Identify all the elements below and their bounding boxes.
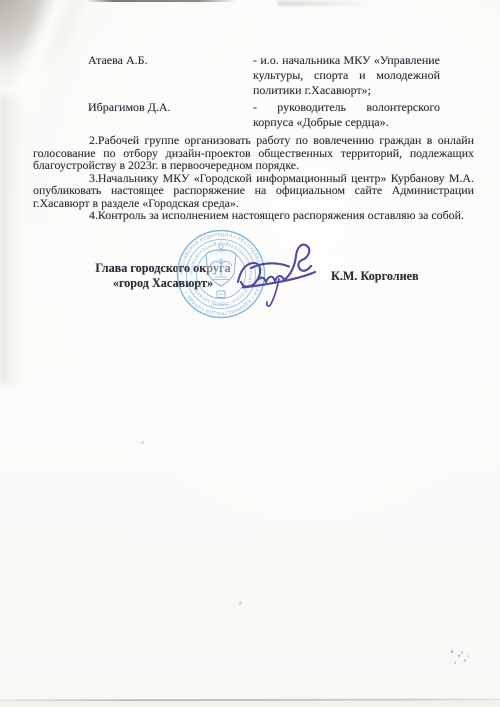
scan-dot-faint [141,441,144,444]
scan-top-smudge [278,1,373,6]
stamp-center-label: «ХАСАВЮРТ» [211,303,232,307]
paragraph-2: 2.Рабочей группе организовать работу по … [33,134,474,172]
working-group-members-list: Атаева А.Б. - и.о. начальника МКУ «Управ… [88,53,440,130]
signer-name: К.М. Корголиев [331,269,419,284]
scan-dot-smudge [238,600,243,606]
member-role: - и.о. начальника МКУ «Управление культу… [253,53,440,99]
handwritten-signature [235,218,335,318]
member-name: Атаева А.Б. [88,53,253,99]
scanned-document-page: Атаева А.Б. - и.о. начальника МКУ «Управ… [0,0,500,707]
document-body: 2.Рабочей группе организовать работу по … [33,134,474,222]
scan-bottom-margin [0,701,500,707]
member-role: - руководитель волонтерского корпуса «До… [253,100,440,130]
member-name: Ибрагимов Д.А. [88,100,253,130]
list-item: Атаева А.Б. - и.о. начальника МКУ «Управ… [88,53,440,99]
scan-top-edge-line [86,0,236,2]
paragraph-3: 3.Начальнику МКУ «Городской информационн… [33,172,474,210]
list-item: Ибрагимов Д.А. - руководитель волонтерск… [88,100,440,130]
scan-left-shadow [0,95,26,385]
ink-specks [451,650,453,653]
